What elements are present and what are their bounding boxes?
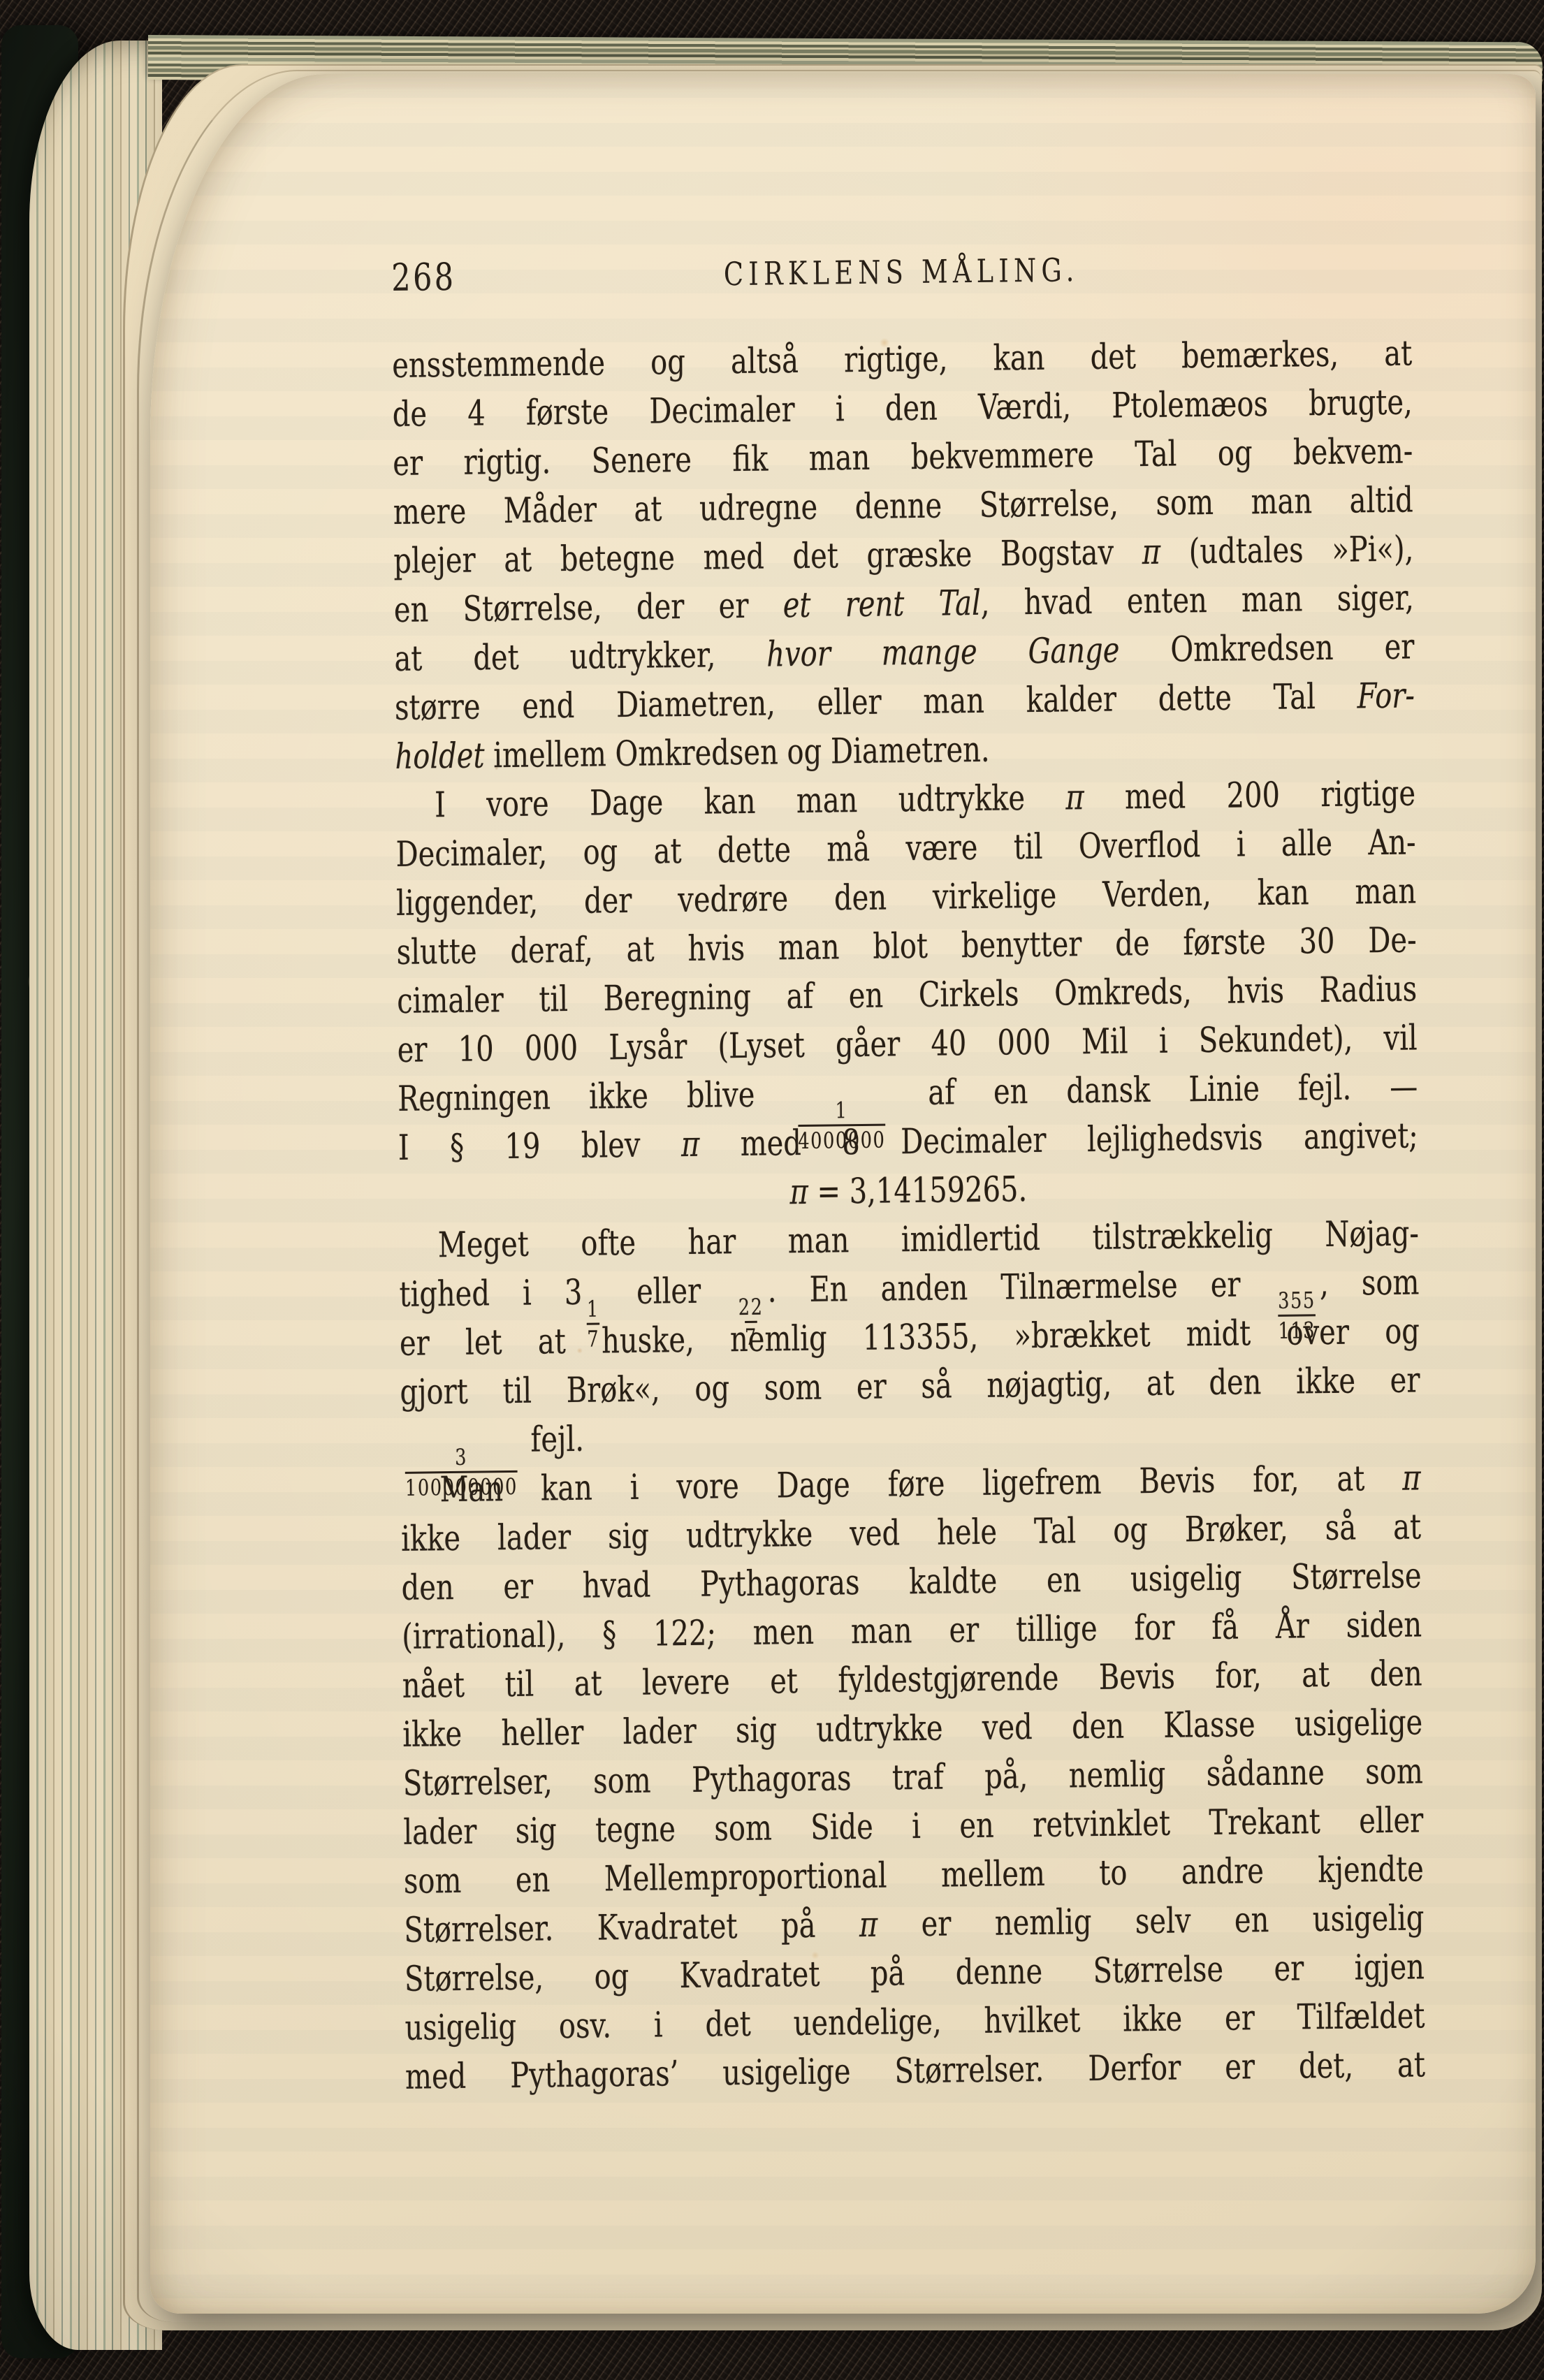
page-text: ensstemmende og altså rigtige, kan det b… xyxy=(392,328,1425,2101)
book-page: 268 CIRKLENS MÅLING. ensstemmende og alt… xyxy=(150,74,1536,2314)
photo-scene: 268 CIRKLENS MÅLING. ensstemmende og alt… xyxy=(0,0,1544,2380)
running-title: CIRKLENS MÅLING. xyxy=(391,241,1411,302)
page-header: 268 CIRKLENS MÅLING. xyxy=(391,241,1411,302)
text-block: 268 CIRKLENS MÅLING. ensstemmende og alt… xyxy=(391,241,1411,302)
